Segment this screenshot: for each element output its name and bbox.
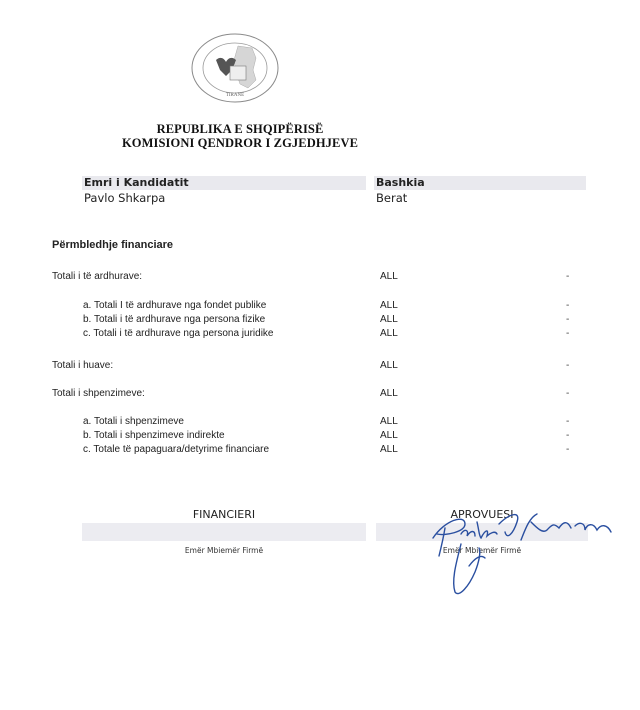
seal-city-text: TIRANE xyxy=(226,93,244,98)
summary-row-currency: ALL xyxy=(380,444,398,455)
financial-summary-title: Përmbledhje financiare xyxy=(52,239,173,251)
candidate-name-value: Pavlo Shkarpa xyxy=(84,191,165,205)
summary-row-label: Totali i huave: xyxy=(52,360,113,371)
summary-row-amount: - xyxy=(566,430,569,441)
signature-icon xyxy=(425,500,635,600)
summary-row-label: Totali i të ardhurave: xyxy=(52,271,142,282)
summary-row-label: c. Totale të papaguara/detyrime financia… xyxy=(83,444,269,455)
summary-row-currency: ALL xyxy=(380,416,398,427)
summary-row-amount: - xyxy=(566,271,569,282)
summary-row-label: a. Totali I të ardhurave nga fondet publ… xyxy=(83,300,266,311)
header-commission: KOMISIONI QENDROR I ZGJEDHJEVE xyxy=(0,136,480,151)
summary-row-amount: - xyxy=(566,300,569,311)
summary-row-label: c. Totali i të ardhurave nga persona jur… xyxy=(83,328,273,339)
summary-row-label: Totali i shpenzimeve: xyxy=(52,388,145,399)
summary-row-currency: ALL xyxy=(380,388,398,399)
financier-subtitle: Emër Mbiemër Firmë xyxy=(82,546,366,555)
summary-row-amount: - xyxy=(566,314,569,325)
election-commission-seal: TIRANE xyxy=(190,32,280,104)
summary-row-currency: ALL xyxy=(380,328,398,339)
summary-row-currency: ALL xyxy=(380,314,398,325)
summary-row-amount: - xyxy=(566,328,569,339)
handwritten-signature xyxy=(425,500,635,600)
summary-row-currency: ALL xyxy=(380,271,398,282)
municipality-value: Berat xyxy=(376,191,407,205)
header-republic: REPUBLIKA E SHQIPËRISË xyxy=(0,122,480,137)
summary-row-amount: - xyxy=(566,360,569,371)
summary-row-currency: ALL xyxy=(380,430,398,441)
summary-row-label: b. Totali i të ardhurave nga persona fiz… xyxy=(83,314,265,325)
municipality-label: Bashkia xyxy=(376,176,425,189)
summary-row-amount: - xyxy=(566,444,569,455)
summary-row-amount: - xyxy=(566,388,569,399)
financier-signature-field xyxy=(82,523,366,541)
financier-title: FINANCIERI xyxy=(82,508,366,521)
seal-icon: TIRANE xyxy=(190,32,280,104)
summary-row-currency: ALL xyxy=(380,300,398,311)
summary-row-amount: - xyxy=(566,416,569,427)
summary-row-label: b. Totali i shpenzimeve indirekte xyxy=(83,430,225,441)
candidate-name-label: Emri i Kandidatit xyxy=(84,176,189,189)
summary-row-currency: ALL xyxy=(380,360,398,371)
summary-row-label: a. Totali i shpenzimeve xyxy=(83,416,184,427)
